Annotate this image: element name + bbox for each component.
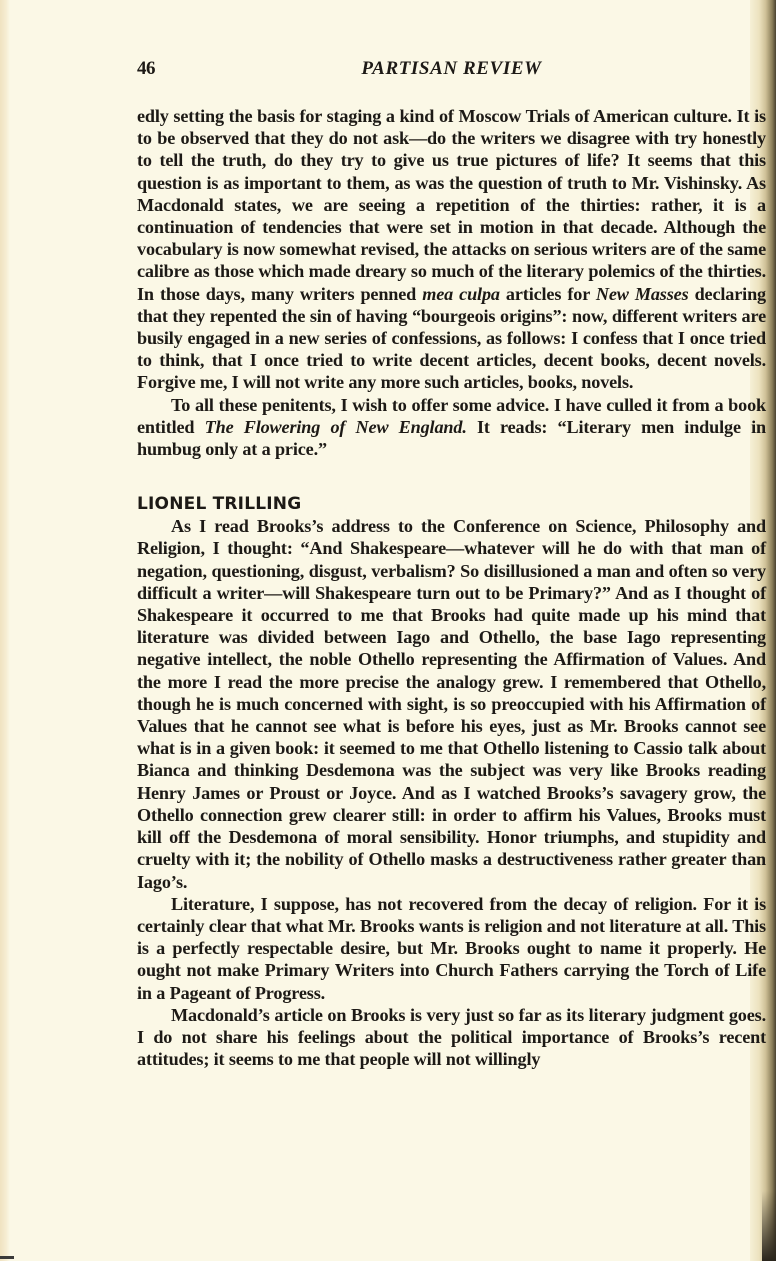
page-left-edge bbox=[0, 0, 10, 1261]
italic-title-text: New Masses bbox=[596, 284, 689, 304]
scan-edge-mark bbox=[0, 1256, 14, 1259]
paragraph-text: edly setting the basis for staging a kin… bbox=[137, 106, 766, 304]
paragraph-text: As I read Brooks’s address to the Confer… bbox=[137, 516, 766, 891]
section-heading-author: LIONEL TRILLING bbox=[137, 493, 766, 515]
paragraph: edly setting the basis for staging a kin… bbox=[137, 105, 766, 394]
paragraph-text: Macdonald’s article on Brooks is very ju… bbox=[137, 1005, 766, 1069]
running-head: 46 PARTISAN REVIEW bbox=[137, 58, 766, 98]
italic-title-text: The Flowering of New England. bbox=[205, 417, 467, 437]
book-page: 46 PARTISAN REVIEW edly setting the basi… bbox=[137, 58, 766, 1070]
italic-title-text: mea culpa bbox=[422, 284, 500, 304]
paragraph-text: Literature, I suppose, has not recovered… bbox=[137, 894, 766, 1003]
journal-title: PARTISAN REVIEW bbox=[137, 58, 766, 80]
body-text-part1: edly setting the basis for staging a kin… bbox=[137, 105, 766, 460]
paragraph-text: articles for bbox=[500, 284, 596, 304]
paragraph: To all these penitents, I wish to offer … bbox=[137, 394, 766, 461]
paragraph: As I read Brooks’s address to the Confer… bbox=[137, 515, 766, 892]
paragraph: Macdonald’s article on Brooks is very ju… bbox=[137, 1004, 766, 1071]
paragraph: Literature, I suppose, has not recovered… bbox=[137, 893, 766, 1004]
body-text-part2: As I read Brooks’s address to the Confer… bbox=[137, 515, 766, 1070]
page-corner-shadow bbox=[762, 1191, 776, 1261]
